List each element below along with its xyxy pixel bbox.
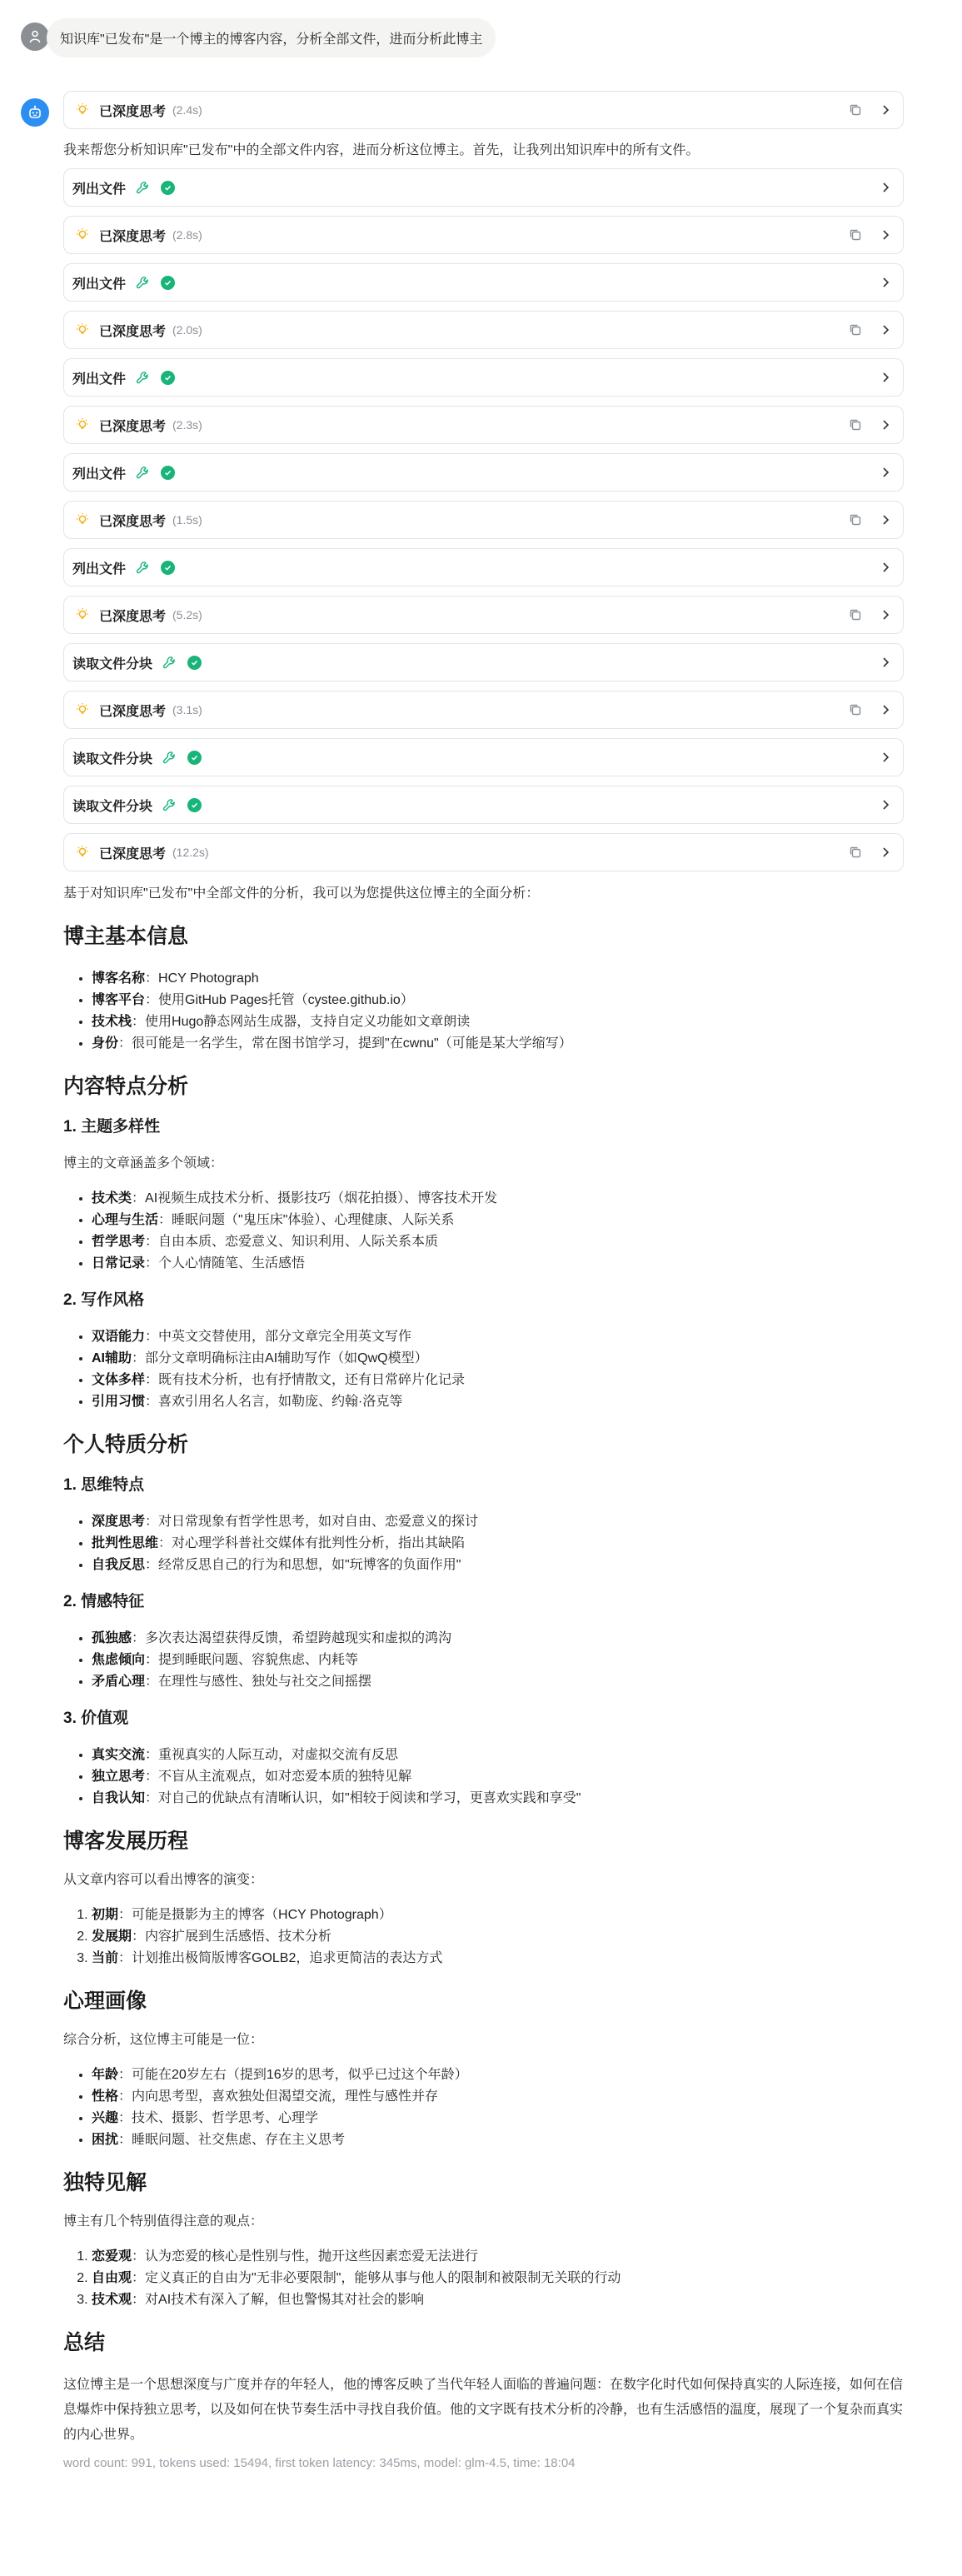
copy-icon[interactable]: [848, 702, 863, 717]
thinking-duration: (1.5s): [172, 513, 202, 527]
tool-title: 列出文件: [72, 273, 126, 292]
thinking-duration: (2.8s): [172, 228, 202, 242]
thinking-traits-list: 深度思考：对日常现象有哲学性思考，如对自由、恋爱意义的探讨 批判性思维：对心理学…: [63, 1511, 904, 1576]
thinking-block[interactable]: 已深度思考 (5.2s): [63, 596, 904, 634]
thinking-block[interactable]: 已深度思考 (2.8s): [63, 216, 904, 254]
user-avatar: [21, 22, 49, 51]
assistant-answer: 基于对知识库"已发布"中全部文件的分析，我可以为您提供这位博主的全面分析： 博主…: [63, 883, 904, 2474]
list-item: 技术观：对AI技术有深入了解，但也警惕其对社会的影响: [92, 2289, 904, 2311]
copy-icon[interactable]: [848, 417, 863, 432]
tool-call-block[interactable]: 列出文件: [63, 453, 904, 492]
list-item: 技术类：AI视频生成技术分析、摄影技巧（烟花拍摄）、博客技术开发: [92, 1188, 904, 1210]
copy-icon[interactable]: [848, 845, 863, 860]
tool-title: 读取文件分块: [72, 796, 152, 815]
lightbulb-icon: [74, 512, 91, 528]
thinking-title: 已深度思考: [99, 701, 166, 720]
copy-icon[interactable]: [848, 607, 863, 622]
tool-title: 读取文件分块: [72, 748, 152, 767]
list-item: 文体多样：既有技术分析，也有抒情散文，还有日常碎片化记录: [92, 1370, 904, 1391]
lightbulb-icon: [74, 322, 91, 338]
list-item: 引用习惯：喜欢引用名人名言，如勒庞、约翰·洛克等: [92, 1391, 904, 1413]
wrench-icon: [162, 655, 177, 670]
tool-call-block[interactable]: 读取文件分块: [63, 786, 904, 824]
list-item: AI辅助：部分文章明确标注由AI辅助写作（如QwQ模型）: [92, 1348, 904, 1370]
success-check-icon: [161, 371, 175, 385]
paragraph: 综合分析，这位博主可能是一位：: [63, 2029, 904, 2051]
user-message-text: 知识库"已发布"是一个博主的博客内容，分析全部文件，进而分析此博主: [60, 28, 482, 47]
chevron-right-icon[interactable]: [880, 846, 891, 859]
list-item: 自由观：定义真正的自由为"无非必要限制"，能够从事与他人的限制和被限制无关联的行…: [92, 2268, 904, 2289]
success-check-icon: [161, 276, 175, 290]
section-heading: 博客发展历程: [63, 1828, 904, 1855]
thinking-block[interactable]: 已深度思考 (2.0s): [63, 311, 904, 349]
list-item: 孤独感：多次表达渴望获得反馈，希望跨越现实和虚拟的鸿沟: [92, 1628, 904, 1650]
tool-call-block[interactable]: 列出文件: [63, 548, 904, 587]
response-metadata: word count: 991, tokens used: 15494, fir…: [63, 2453, 904, 2474]
wrench-icon: [136, 465, 151, 480]
wrench-icon: [162, 750, 177, 765]
thinking-block[interactable]: 已深度思考 (2.3s): [63, 406, 904, 444]
summary-paragraph: 这位博主是一个思想深度与广度并存的年轻人，他的博客反映了当代年轻人面临的普遍问题…: [63, 2373, 904, 2448]
chevron-right-icon[interactable]: [880, 181, 891, 194]
chevron-right-icon[interactable]: [880, 751, 891, 764]
list-item: 自我反思：经常反思自己的行为和思想，如"玩博客的负面作用": [92, 1555, 904, 1576]
chevron-right-icon[interactable]: [880, 608, 891, 622]
chevron-right-icon[interactable]: [880, 466, 891, 479]
chevron-right-icon[interactable]: [880, 798, 891, 811]
list-item: 发展期：内容扩展到生活感悟、技术分析: [92, 1926, 904, 1948]
psych-profile-list: 年龄：可能在20岁左右（提到16岁的思考，似乎已过这个年龄） 性格：内向思考型，…: [63, 2064, 904, 2151]
user-message-bubble: 知识库"已发布"是一个博主的博客内容，分析全部文件，进而分析此博主: [47, 18, 496, 57]
chevron-right-icon[interactable]: [880, 703, 891, 716]
list-item: 双语能力：中英文交替使用，部分文章完全用英文写作: [92, 1326, 904, 1348]
section-heading: 总结: [63, 2329, 904, 2356]
list-item: 日常记录：个人心情随笔、生活感悟: [92, 1253, 904, 1275]
thinking-block[interactable]: 已深度思考 (2.4s): [63, 91, 904, 129]
section-heading: 博主基本信息: [63, 923, 904, 950]
list-item: 博客名称：HCY Photograph: [92, 968, 904, 990]
tool-call-block[interactable]: 读取文件分块: [63, 643, 904, 681]
wrench-icon: [162, 797, 177, 812]
emotional-traits-list: 孤独感：多次表达渴望获得反馈，希望跨越现实和虚拟的鸿沟 焦虑倾向：提到睡眠问题、…: [63, 1628, 904, 1693]
copy-icon[interactable]: [848, 227, 863, 242]
thinking-title: 已深度思考: [99, 226, 166, 245]
section-heading: 内容特点分析: [63, 1073, 904, 1100]
thinking-duration: (5.2s): [172, 608, 202, 622]
list-item: 真实交流：重视真实的人际互动，对虚拟交流有反思: [92, 1745, 904, 1766]
tool-call-block[interactable]: 读取文件分块: [63, 738, 904, 776]
list-item: 矛盾心理：在理性与感性、独处与社交之间摇摆: [92, 1671, 904, 1693]
list-item: 心理与生活：睡眠问题（"鬼压床"体验）、心理健康、人际关系: [92, 1210, 904, 1231]
list-item: 哲学思考：自由本质、恋爱意义、知识利用、人际关系本质: [92, 1231, 904, 1253]
thinking-duration: (2.0s): [172, 323, 202, 337]
tool-call-block[interactable]: 列出文件: [63, 168, 904, 207]
lightbulb-icon: [74, 102, 91, 118]
success-check-icon: [187, 751, 202, 765]
list-item: 焦虑倾向：提到睡眠问题、容貌焦虑、内耗等: [92, 1650, 904, 1671]
list-item: 年龄：可能在20岁左右（提到16岁的思考，似乎已过这个年龄）: [92, 2064, 904, 2086]
list-item: 技术栈：使用Hugo静态网站生成器，支持自定义功能如文章朗读: [92, 1011, 904, 1033]
section-heading: 独特见解: [63, 2169, 904, 2196]
subsection-heading: 1. 主题多样性: [63, 1116, 904, 1138]
copy-icon[interactable]: [848, 322, 863, 337]
tool-title: 列出文件: [72, 178, 126, 197]
list-item: 自我认知：对自己的优缺点有清晰认识，如"相较于阅读和学习，更喜欢实践和享受": [92, 1788, 904, 1810]
chevron-right-icon[interactable]: [880, 513, 891, 527]
success-check-icon: [161, 561, 175, 575]
blog-history-list: 初期：可能是摄影为主的博客（HCY Photograph） 发展期：内容扩展到生…: [63, 1905, 904, 1969]
chevron-right-icon[interactable]: [880, 228, 891, 242]
paragraph: 从文章内容可以看出博客的演变：: [63, 1870, 904, 1891]
chevron-right-icon[interactable]: [880, 656, 891, 669]
assistant-intro-text: 我来帮您分析知识库"已发布"中的全部文件内容，进而分析这位博主。首先，让我列出知…: [63, 139, 699, 158]
lightbulb-icon: [74, 701, 91, 718]
list-item: 困扰：睡眠问题、社交焦虑、存在主义思考: [92, 2129, 904, 2151]
thinking-title: 已深度思考: [99, 416, 166, 435]
chat-page: 知识库"已发布"是一个博主的博客内容，分析全部文件，进而分析此博主 已深度思考 …: [0, 0, 962, 2576]
answer-lead: 基于对知识库"已发布"中全部文件的分析，我可以为您提供这位博主的全面分析：: [63, 883, 904, 905]
chevron-right-icon[interactable]: [880, 103, 891, 117]
thinking-duration: (2.3s): [172, 418, 202, 432]
list-item: 独立思考：不盲从主流观点，如对恋爱本质的独特见解: [92, 1766, 904, 1788]
tool-title: 列出文件: [72, 463, 126, 482]
subsection-heading: 2. 情感特征: [63, 1591, 904, 1613]
thinking-title: 已深度思考: [99, 843, 166, 862]
thinking-duration: (12.2s): [172, 846, 209, 859]
wrench-icon: [136, 275, 151, 290]
thinking-title: 已深度思考: [99, 606, 166, 625]
lightbulb-icon: [74, 227, 91, 243]
copy-icon[interactable]: [848, 512, 863, 527]
lightbulb-icon: [74, 417, 91, 433]
list-item: 深度思考：对日常现象有哲学性思考，如对自由、恋爱意义的探讨: [92, 1511, 904, 1533]
subsection-heading: 1. 思维特点: [63, 1475, 904, 1496]
chevron-right-icon[interactable]: [880, 276, 891, 289]
success-check-icon: [161, 466, 175, 480]
thinking-block[interactable]: 已深度思考 (12.2s): [63, 833, 904, 871]
wrench-icon: [136, 180, 151, 195]
chevron-right-icon[interactable]: [880, 323, 891, 337]
list-item: 初期：可能是摄影为主的博客（HCY Photograph）: [92, 1905, 904, 1926]
writing-style-list: 双语能力：中英文交替使用，部分文章完全用英文写作 AI辅助：部分文章明确标注由A…: [63, 1326, 904, 1413]
success-check-icon: [187, 656, 202, 670]
list-item: 性格：内向思考型，喜欢独处但渴望交流，理性与感性并存: [92, 2086, 904, 2108]
list-item: 身份：很可能是一名学生，常在图书馆学习，提到"在cwnu"（可能是某大学缩写）: [92, 1033, 904, 1055]
tool-call-block[interactable]: 列出文件: [63, 263, 904, 302]
section-heading: 心理画像: [63, 1988, 904, 2014]
subsection-heading: 3. 价值观: [63, 1708, 904, 1730]
tool-title: 读取文件分块: [72, 653, 152, 672]
list-item: 恋爱观：认为恋爱的核心是性别与性，抛开这些因素恋爱无法进行: [92, 2246, 904, 2268]
thinking-block[interactable]: 已深度思考 (3.1s): [63, 691, 904, 729]
robot-icon: [27, 105, 42, 120]
lightbulb-icon: [74, 607, 91, 623]
chevron-right-icon[interactable]: [880, 561, 891, 574]
copy-icon[interactable]: [848, 102, 863, 117]
list-item: 当前：计划推出极简版博客GOLB2，追求更简洁的表达方式: [92, 1948, 904, 1969]
values-list: 真实交流：重视真实的人际互动，对虚拟交流有反思 独立思考：不盲从主流观点，如对恋…: [63, 1745, 904, 1810]
thinking-duration: (2.4s): [172, 103, 202, 117]
success-check-icon: [161, 181, 175, 195]
basic-info-list: 博客名称：HCY Photograph 博客平台：使用GitHub Pages托…: [63, 968, 904, 1055]
section-heading: 个人特质分析: [63, 1431, 904, 1458]
user-icon: [27, 29, 42, 44]
chevron-right-icon[interactable]: [880, 418, 891, 432]
thinking-title: 已深度思考: [99, 101, 166, 120]
paragraph: 博主有几个特别值得注意的观点：: [63, 2211, 904, 2233]
paragraph: 博主的文章涵盖多个领域：: [63, 1153, 904, 1175]
unique-views-list: 恋爱观：认为恋爱的核心是性别与性，抛开这些因素恋爱无法进行 自由观：定义真正的自…: [63, 2246, 904, 2311]
thinking-title: 已深度思考: [99, 321, 166, 340]
tool-title: 列出文件: [72, 368, 126, 387]
lightbulb-icon: [74, 844, 91, 861]
tool-call-block[interactable]: 列出文件: [63, 358, 904, 397]
wrench-icon: [136, 370, 151, 385]
success-check-icon: [187, 798, 202, 812]
list-item: 批判性思维：对心理学科普社交媒体有批判性分析，指出其缺陷: [92, 1533, 904, 1555]
list-item: 博客平台：使用GitHub Pages托管（cystee.github.io）: [92, 990, 904, 1011]
subsection-heading: 2. 写作风格: [63, 1290, 904, 1311]
thinking-block[interactable]: 已深度思考 (1.5s): [63, 501, 904, 539]
thinking-duration: (3.1s): [172, 703, 202, 716]
thinking-title: 已深度思考: [99, 511, 166, 530]
chevron-right-icon[interactable]: [880, 371, 891, 384]
assistant-avatar: [21, 98, 49, 127]
list-item: 兴趣：技术、摄影、哲学思考、心理学: [92, 2108, 904, 2129]
tool-title: 列出文件: [72, 558, 126, 577]
wrench-icon: [136, 560, 151, 575]
topics-list: 技术类：AI视频生成技术分析、摄影技巧（烟花拍摄）、博客技术开发 心理与生活：睡…: [63, 1188, 904, 1275]
